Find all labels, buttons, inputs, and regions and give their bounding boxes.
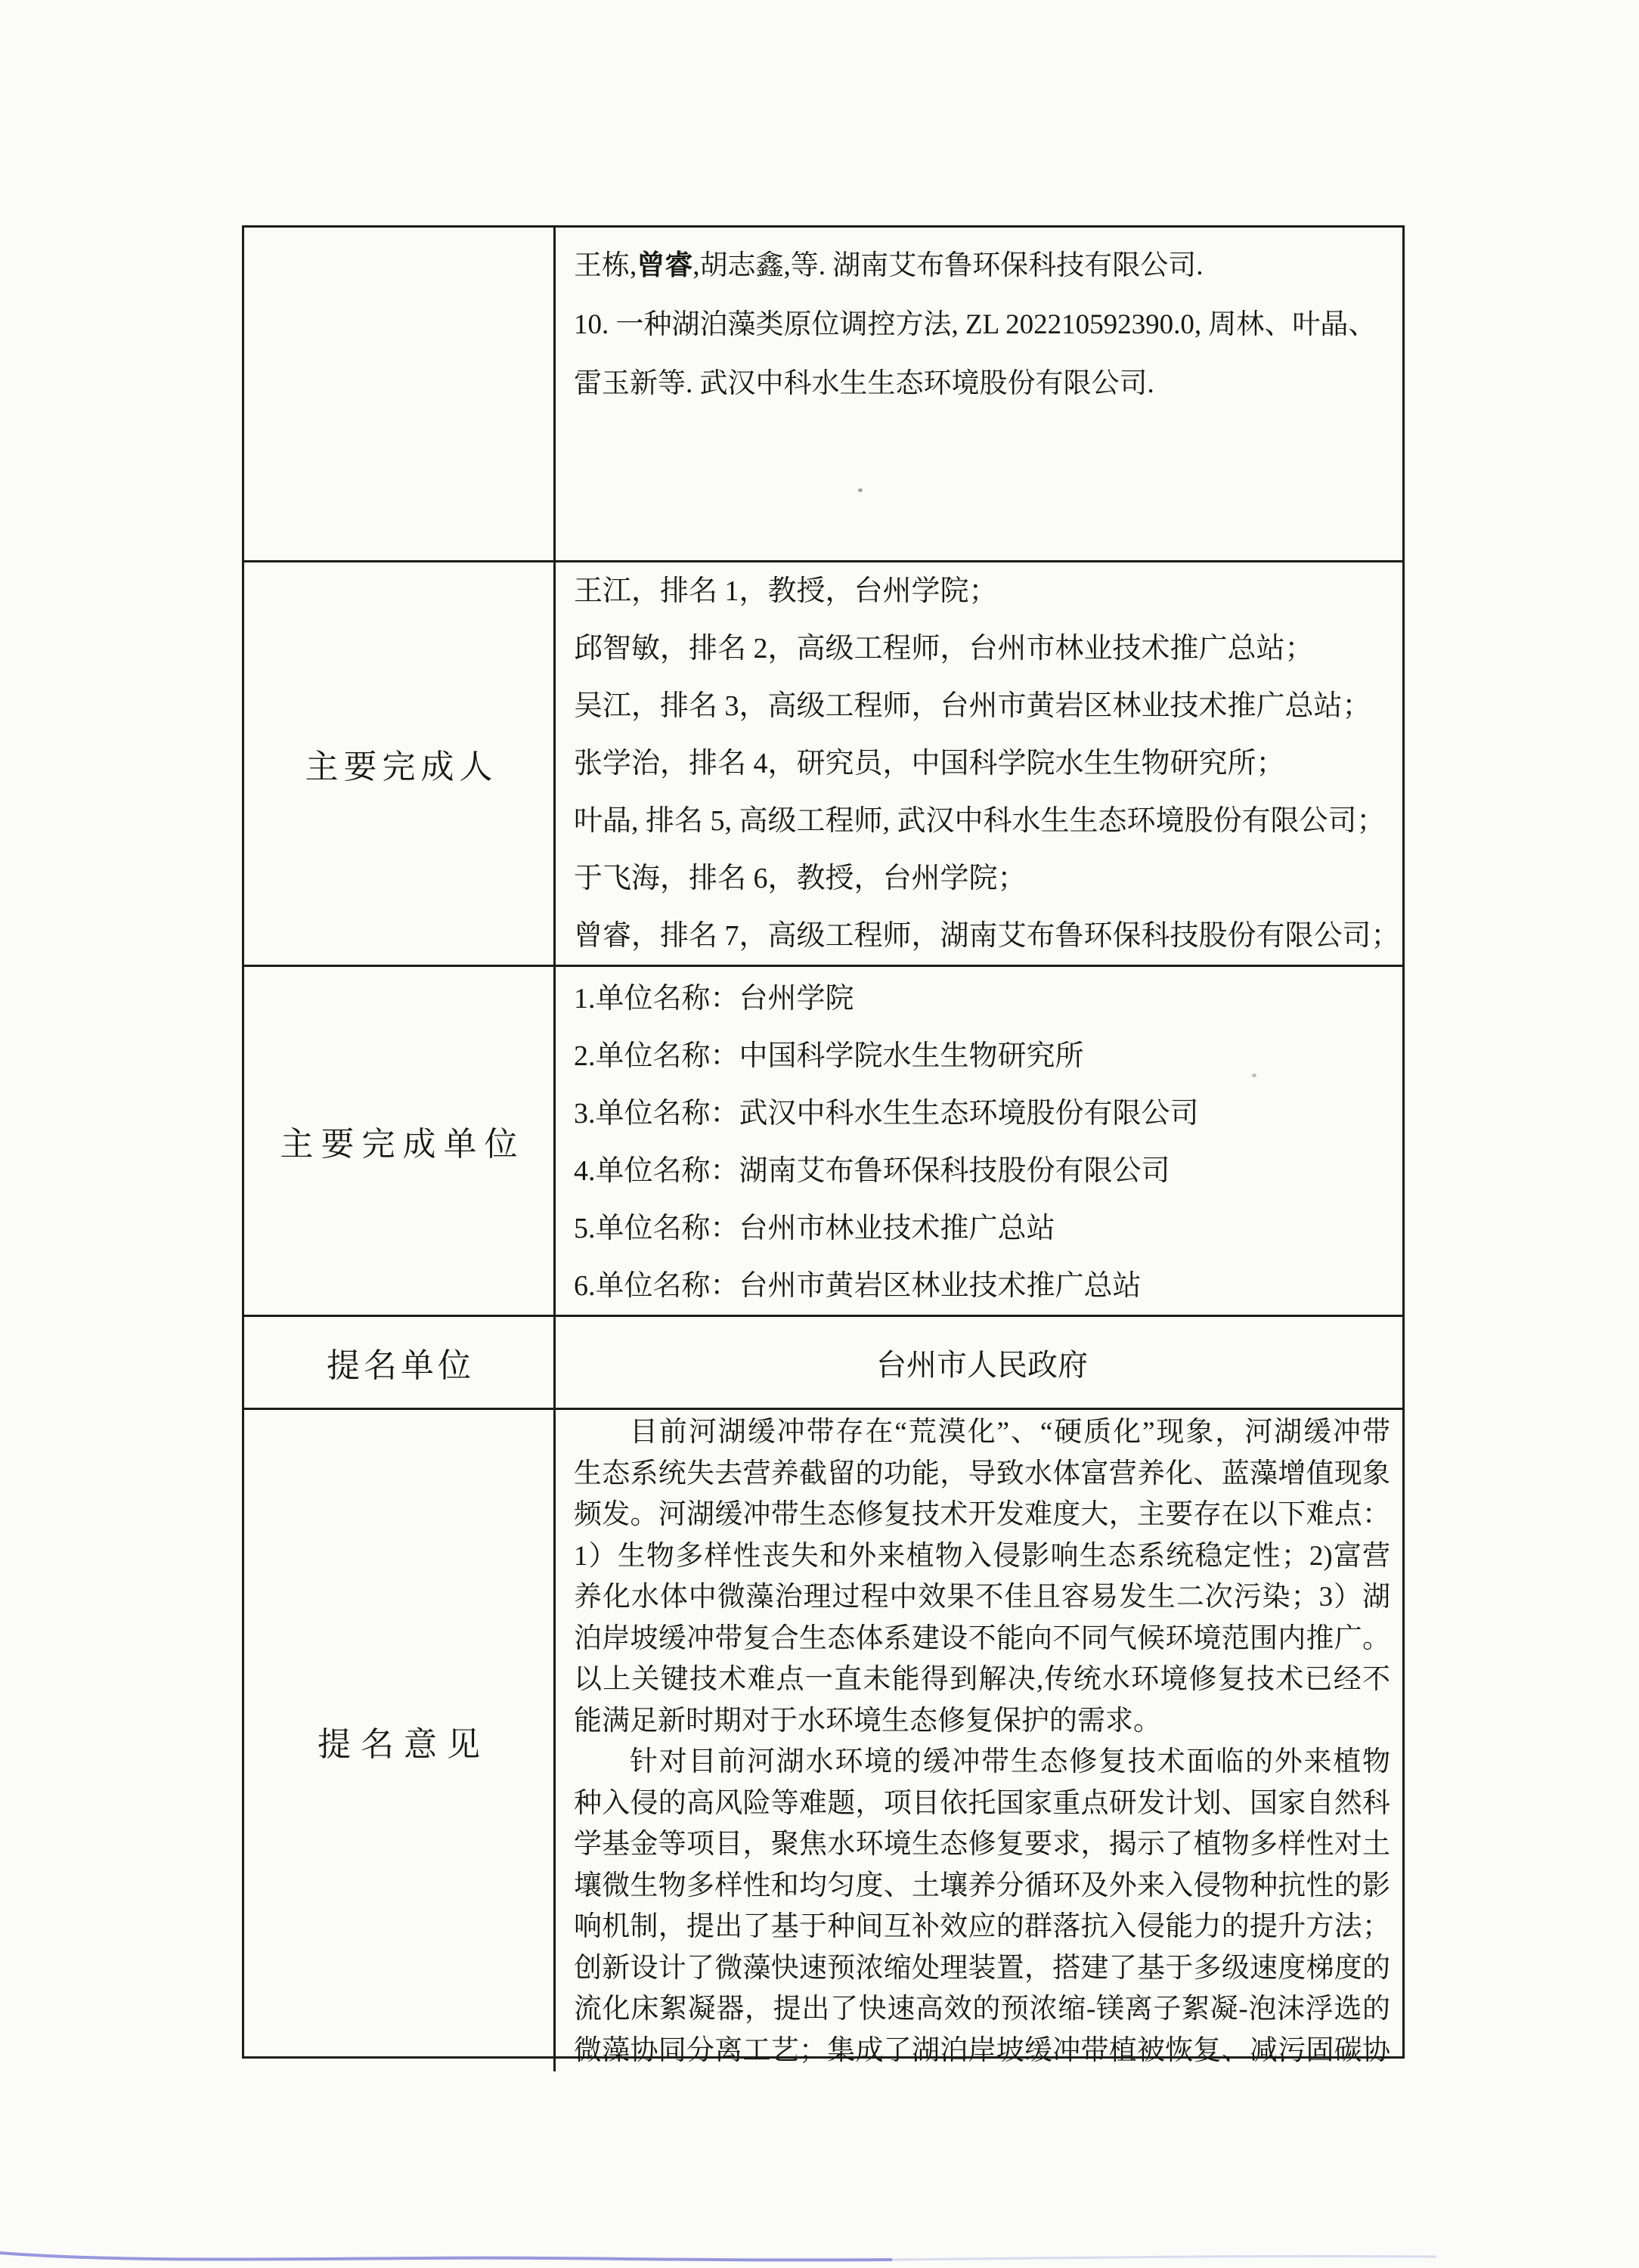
patent-line-segment: 王栋, — [574, 250, 637, 281]
main-completers-label-cell: 主要完成人 — [244, 562, 556, 965]
unit-line: 6.单位名称：台州市黄岩区林业技术推广总站 — [574, 1257, 1390, 1315]
main-completers-label-text: 主要完成人 — [305, 739, 498, 788]
main-completers-content-cell: 王江，排名 1，教授，台州学院；邱智敏，排名 2，高级工程师，台州市林业技术推广… — [556, 562, 1402, 965]
main-completing-units-content-cell: 1.单位名称：台州学院2.单位名称：中国科学院水生生物研究所3.单位名称：武汉中… — [556, 967, 1402, 1315]
patent-line-segment: ,胡志鑫,等. 湖南艾布鲁环保科技有限公司. — [692, 250, 1203, 281]
opinion-line: 响机制，提出了基于种间互补效应的群落抗入侵能力的提升方法； — [574, 1907, 1390, 1948]
table-row-main-completers: 主要完成人 王江，排名 1，教授，台州学院；邱智敏，排名 2，高级工程师，台州市… — [244, 562, 1402, 967]
opinion-line: 学基金等项目，聚焦水环境生态修复要求，揭示了植物多样性对土 — [574, 1824, 1390, 1866]
patent-line: 10. 一种湖泊藻类原位调控方法, ZL 202210592390.0, 周林、… — [574, 296, 1390, 355]
patent-line-segment: 10. 一种湖泊藻类原位调控方法, ZL 202210592390.0, 周林、… — [574, 309, 1376, 340]
patents-label-cell — [244, 228, 556, 560]
completer-line: 邱智敏，排名 2，高级工程师，台州市林业技术推广总站； — [574, 620, 1390, 677]
scan-artifact-line — [0, 2223, 1639, 2268]
opinion-line: 微藻协同分离工艺；集成了湖泊岸坡缓冲带植被恢复、减污固碳协 — [574, 2031, 1390, 2072]
completer-line: 叶晶, 排名 5, 高级工程师, 武汉中科水生生态环境股份有限公司； — [574, 792, 1390, 850]
patent-line-bold-segment: 曾睿 — [637, 250, 692, 281]
nominating-unit-value: 台州市人民政府 — [876, 1341, 1088, 1384]
opinion-line: 泊岸坡缓冲带复合生态体系建设不能向不同气候环境范围内推广。 — [574, 1619, 1390, 1660]
unit-line: 2.单位名称：中国科学院水生生物研究所 — [574, 1027, 1390, 1085]
nominating-unit-label-cell: 提名单位 — [244, 1317, 556, 1408]
patent-line: 王栋,曾睿,胡志鑫,等. 湖南艾布鲁环保科技有限公司. — [574, 237, 1390, 296]
opinion-line: 目前河湖缓冲带存在“荒漠化”、“硬质化”现象，河湖缓冲带 — [574, 1412, 1390, 1454]
opinion-line: 流化床絮凝器，提出了快速高效的预浓缩-镁离子絮凝-泡沫浮选的 — [574, 1989, 1390, 2031]
completer-line: 张学治，排名 4，研究员，中国科学院水生生物研究所； — [574, 735, 1390, 792]
opinion-line: 针对目前河湖水环境的缓冲带生态修复技术面临的外来植物 — [574, 1742, 1390, 1783]
opinion-line: 频发。河湖缓冲带生态修复技术开发难度大，主要存在以下难点： — [574, 1495, 1390, 1536]
completer-line: 于飞海，排名 6，教授，台州学院； — [574, 850, 1390, 907]
table-row-patents: 王栋,曾睿,胡志鑫,等. 湖南艾布鲁环保科技有限公司.10. 一种湖泊藻类原位调… — [244, 228, 1402, 562]
opinion-line: 以上关键技术难点一直未能得到解决,传统水环境修复技术已经不 — [574, 1659, 1390, 1701]
unit-line: 5.单位名称：台州市林业技术推广总站 — [574, 1200, 1390, 1257]
completer-line: 王江，排名 1，教授，台州学院； — [574, 562, 1390, 620]
patents-content-cell: 王栋,曾睿,胡志鑫,等. 湖南艾布鲁环保科技有限公司.10. 一种湖泊藻类原位调… — [556, 228, 1402, 560]
nominating-unit-content-cell: 台州市人民政府 — [556, 1317, 1402, 1408]
opinion-line: 养化水体中微藻治理过程中效果不佳且容易发生二次污染；3）湖 — [574, 1577, 1390, 1619]
main-completing-units-label-cell: 主要完成单位 — [244, 967, 556, 1315]
opinion-line: 生态系统失去营养截留的功能，导致水体富营养化、蓝藻增值现象 — [574, 1454, 1390, 1495]
patent-line-segment: 雷玉新等. 武汉中科水生生态环境股份有限公司. — [574, 368, 1154, 399]
unit-line: 4.单位名称：湖南艾布鲁环保科技股份有限公司 — [574, 1142, 1390, 1200]
scan-speck — [858, 488, 863, 492]
patent-line: 雷玉新等. 武汉中科水生生态环境股份有限公司. — [574, 355, 1390, 414]
completer-line: 曾睿，排名 7，高级工程师，湖南艾布鲁环保科技股份有限公司； — [574, 907, 1390, 965]
unit-line: 3.单位名称：武汉中科水生生态环境股份有限公司 — [574, 1085, 1390, 1142]
opinion-line: 创新设计了微藻快速预浓缩处理装置，搭建了基于多级速度梯度的 — [574, 1948, 1390, 1990]
unit-line: 1.单位名称：台州学院 — [574, 970, 1390, 1027]
main-completing-units-label-text: 主要完成单位 — [280, 1117, 525, 1165]
table-row-nominating-unit: 提名单位 台州市人民政府 — [244, 1317, 1402, 1410]
scanned-document-page: 王栋,曾睿,胡志鑫,等. 湖南艾布鲁环保科技有限公司.10. 一种湖泊藻类原位调… — [0, 0, 1639, 2268]
nomination-form-table: 王栋,曾睿,胡志鑫,等. 湖南艾布鲁环保科技有限公司.10. 一种湖泊藻类原位调… — [242, 225, 1405, 2059]
table-row-main-completing-units: 主要完成单位 1.单位名称：台州学院2.单位名称：中国科学院水生生物研究所3.单… — [244, 967, 1402, 1317]
nomination-opinion-label-cell: 提名意见 — [244, 1410, 556, 2071]
opinion-line: 种入侵的高风险等难题，项目依托国家重点研发计划、国家自然科 — [574, 1783, 1390, 1825]
completer-line: 吴江，排名 3，高级工程师，台州市黄岩区林业技术推广总站； — [574, 677, 1390, 735]
opinion-line: 壤微生物多样性和均匀度、土壤养分循环及外来入侵物种抗性的影 — [574, 1866, 1390, 1907]
nomination-opinion-content-cell: 目前河湖缓冲带存在“荒漠化”、“硬质化”现象，河湖缓冲带生态系统失去营养截留的功… — [556, 1410, 1402, 2071]
opinion-line: 1）生物多样性丧失和外来植物入侵影响生态系统稳定性；2)富营 — [574, 1536, 1390, 1578]
nominating-unit-label-text: 提名单位 — [327, 1338, 475, 1387]
scan-speck — [1252, 1074, 1256, 1077]
nomination-opinion-label-text: 提名意见 — [318, 1717, 490, 1765]
table-row-nomination-opinion: 提名意见 目前河湖缓冲带存在“荒漠化”、“硬质化”现象，河湖缓冲带生态系统失去营… — [244, 1410, 1402, 2071]
opinion-line: 能满足新时期对于水环境生态修复保护的需求。 — [574, 1701, 1390, 1743]
